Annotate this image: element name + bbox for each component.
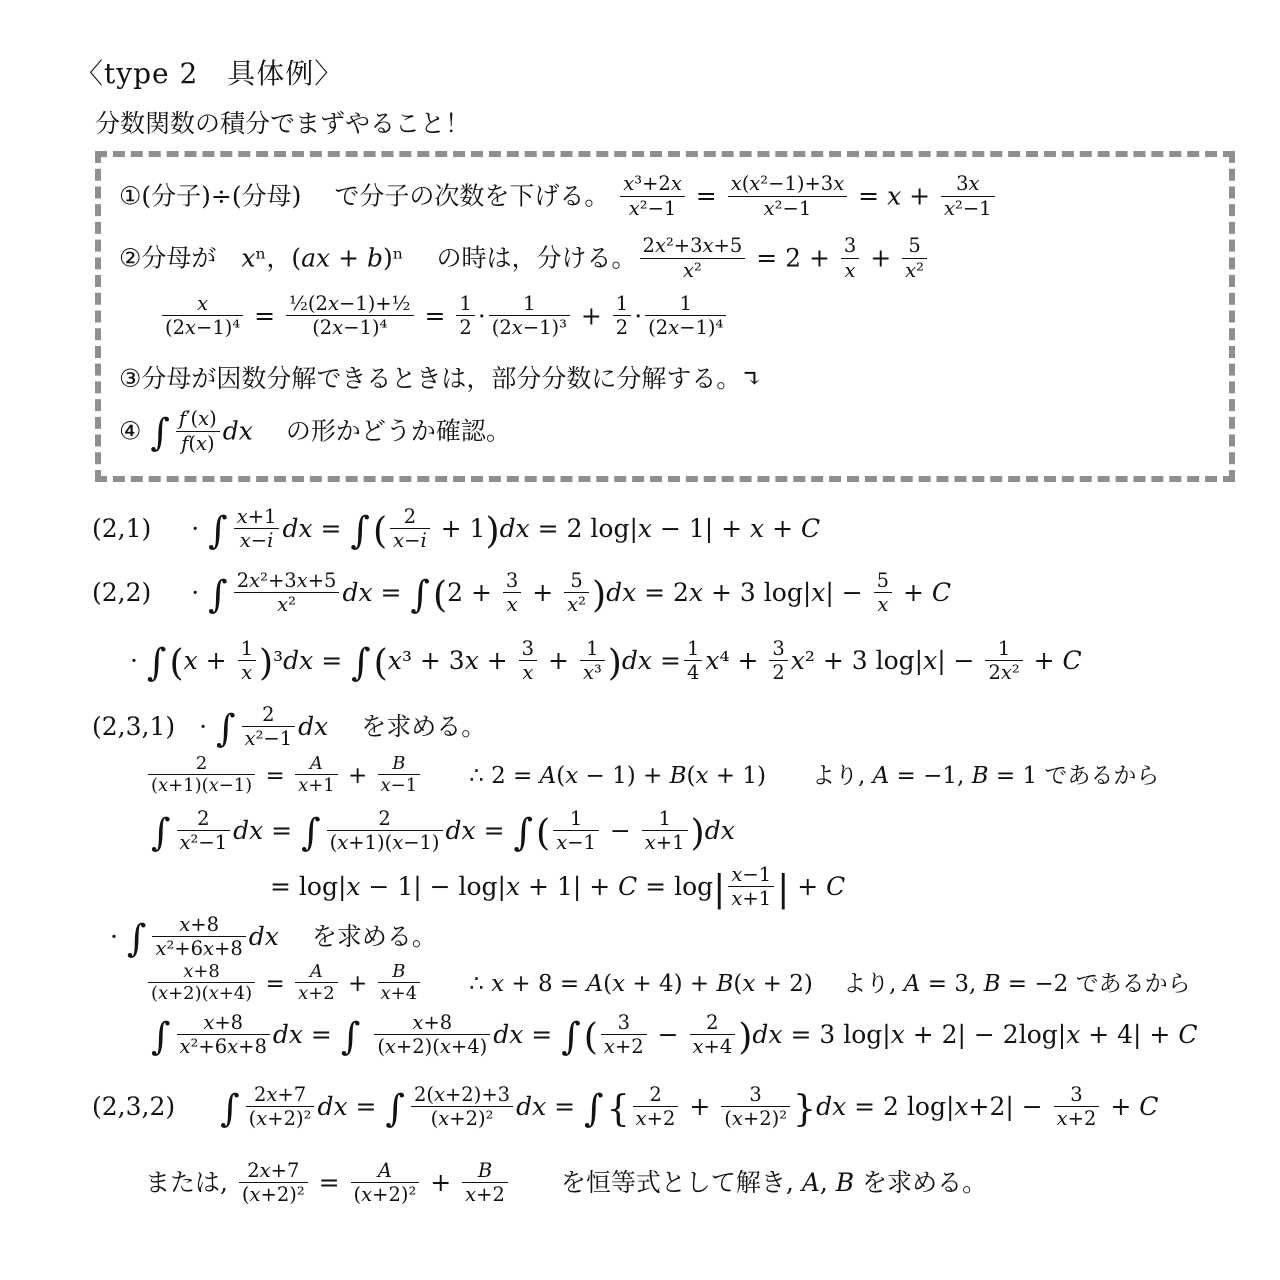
example-x-plus-8: · ∫x+8x²+6x+8dx を求める。: [110, 916, 1240, 962]
page-title: 〈type 2 具体例〉: [75, 52, 1240, 92]
procedure-step-3: ③分母が因数分解できるときは，部分分数に分解する。↴: [119, 363, 1211, 394]
partial-fraction-setup-2: x+8(x+2)(x+4) = Ax+2 + Bx+4 ∴ x + 8 = A(…: [145, 964, 1240, 1006]
example-label: (2,2): [92, 577, 151, 608]
integral-result-1: = log|x − 1| − log|x + 1| + C = log|x−1x…: [270, 866, 1240, 912]
integral-work-1: ∫2x²−1dx = ∫2(x+1)(x−1)dx = ∫(1x−1 − 1x+…: [150, 810, 1240, 856]
example-2-2: (2,2)· ∫2x²+3x+5x²dx = ∫(2 + 3x + 5x²)dx…: [92, 572, 1240, 618]
example-label: (2,1): [92, 513, 151, 544]
formula: x+8(x+2)(x+4) = Ax+2 + Bx+4 ∴ x + 8 = A(…: [145, 971, 1191, 997]
procedure-step-4: ④ ∫f′(x)f(x)dx の形かどうか確認。: [119, 410, 1211, 456]
formula: または, 2x+7(x+2)² = A(x+2)² + Bx+2 を恒等式として…: [145, 1168, 987, 1197]
formula: = log|x − 1| − log|x + 1| + C = log|x−1x…: [270, 872, 845, 901]
formula: · ∫2x²+3x+5x²dx = ∫(2 + 3x + 5x²)dx = 2x…: [191, 578, 951, 607]
partial-fraction-setup-1: 2(x+1)(x−1) = Ax+1 + Bx−1 ∴ 2 = A(x − 1)…: [145, 756, 1240, 798]
procedure-box: ①(分子)÷(分母) で分子の次数を下げる。 x³+2xx²−1 = x(x²−…: [95, 151, 1235, 482]
procedure-step-2-example: x(2x−1)⁴ = ½(2x−1)+½(2x−1)⁴ = 12·1(2x−1)…: [159, 295, 1211, 341]
formula: ∫x+8x²+6x+8dx = ∫ x+8(x+2)(x+4)dx = ∫(3x…: [150, 1020, 1197, 1049]
example-2-2-cube: · ∫(x + 1x)³dx = ∫(x³ + 3x + 3x + 1x³)dx…: [130, 640, 1240, 686]
formula: ∫2x²−1dx = ∫2(x+1)(x−1)dx = ∫(1x−1 − 1x+…: [150, 816, 735, 845]
page-subtitle: 分数関数の積分でまずやること！: [95, 108, 1240, 139]
formula: ∫2x+7(x+2)²dx = ∫2(x+2)+3(x+2)²dx = ∫{2x…: [219, 1092, 1158, 1121]
example-2-1: (2,1)· ∫x+1x−idx = ∫(2x−i + 1)dx = 2 log…: [92, 508, 1240, 554]
example-label: (2,3,1): [92, 711, 175, 742]
procedure-step-2: ②分母が xⁿ，(ax + b)ⁿ の時は，分ける。2x²+3x+5x² = 2…: [119, 237, 1211, 283]
example-2-3-1: (2,3,1)· ∫2x²−1dx を求める。: [92, 706, 1240, 752]
alternative-method-note: または, 2x+7(x+2)² = A(x+2)² + Bx+2 を恒等式として…: [145, 1162, 1240, 1208]
document-page: 〈type 2 具体例〉 分数関数の積分でまずやること！ ①(分子)÷(分母) …: [0, 0, 1280, 1280]
example-2-3-2: (2,3,2)∫2x+7(x+2)²dx = ∫2(x+2)+3(x+2)²dx…: [92, 1086, 1240, 1132]
integral-work-2: ∫x+8x²+6x+8dx = ∫ x+8(x+2)(x+4)dx = ∫(3x…: [150, 1014, 1240, 1060]
formula: 2(x+1)(x−1) = Ax+1 + Bx−1 ∴ 2 = A(x − 1)…: [145, 763, 1159, 789]
formula: · ∫x+1x−idx = ∫(2x−i + 1)dx = 2 log|x − …: [191, 514, 820, 543]
example-label: (2,3,2): [92, 1091, 175, 1122]
formula: · ∫(x + 1x)³dx = ∫(x³ + 3x + 3x + 1x³)dx…: [130, 646, 1082, 675]
formula: · ∫2x²−1dx を求める。: [199, 712, 486, 741]
formula: · ∫x+8x²+6x+8dx を求める。: [110, 922, 437, 951]
procedure-step-1: ①(分子)÷(分母) で分子の次数を下げる。 x³+2xx²−1 = x(x²−…: [119, 175, 1211, 221]
